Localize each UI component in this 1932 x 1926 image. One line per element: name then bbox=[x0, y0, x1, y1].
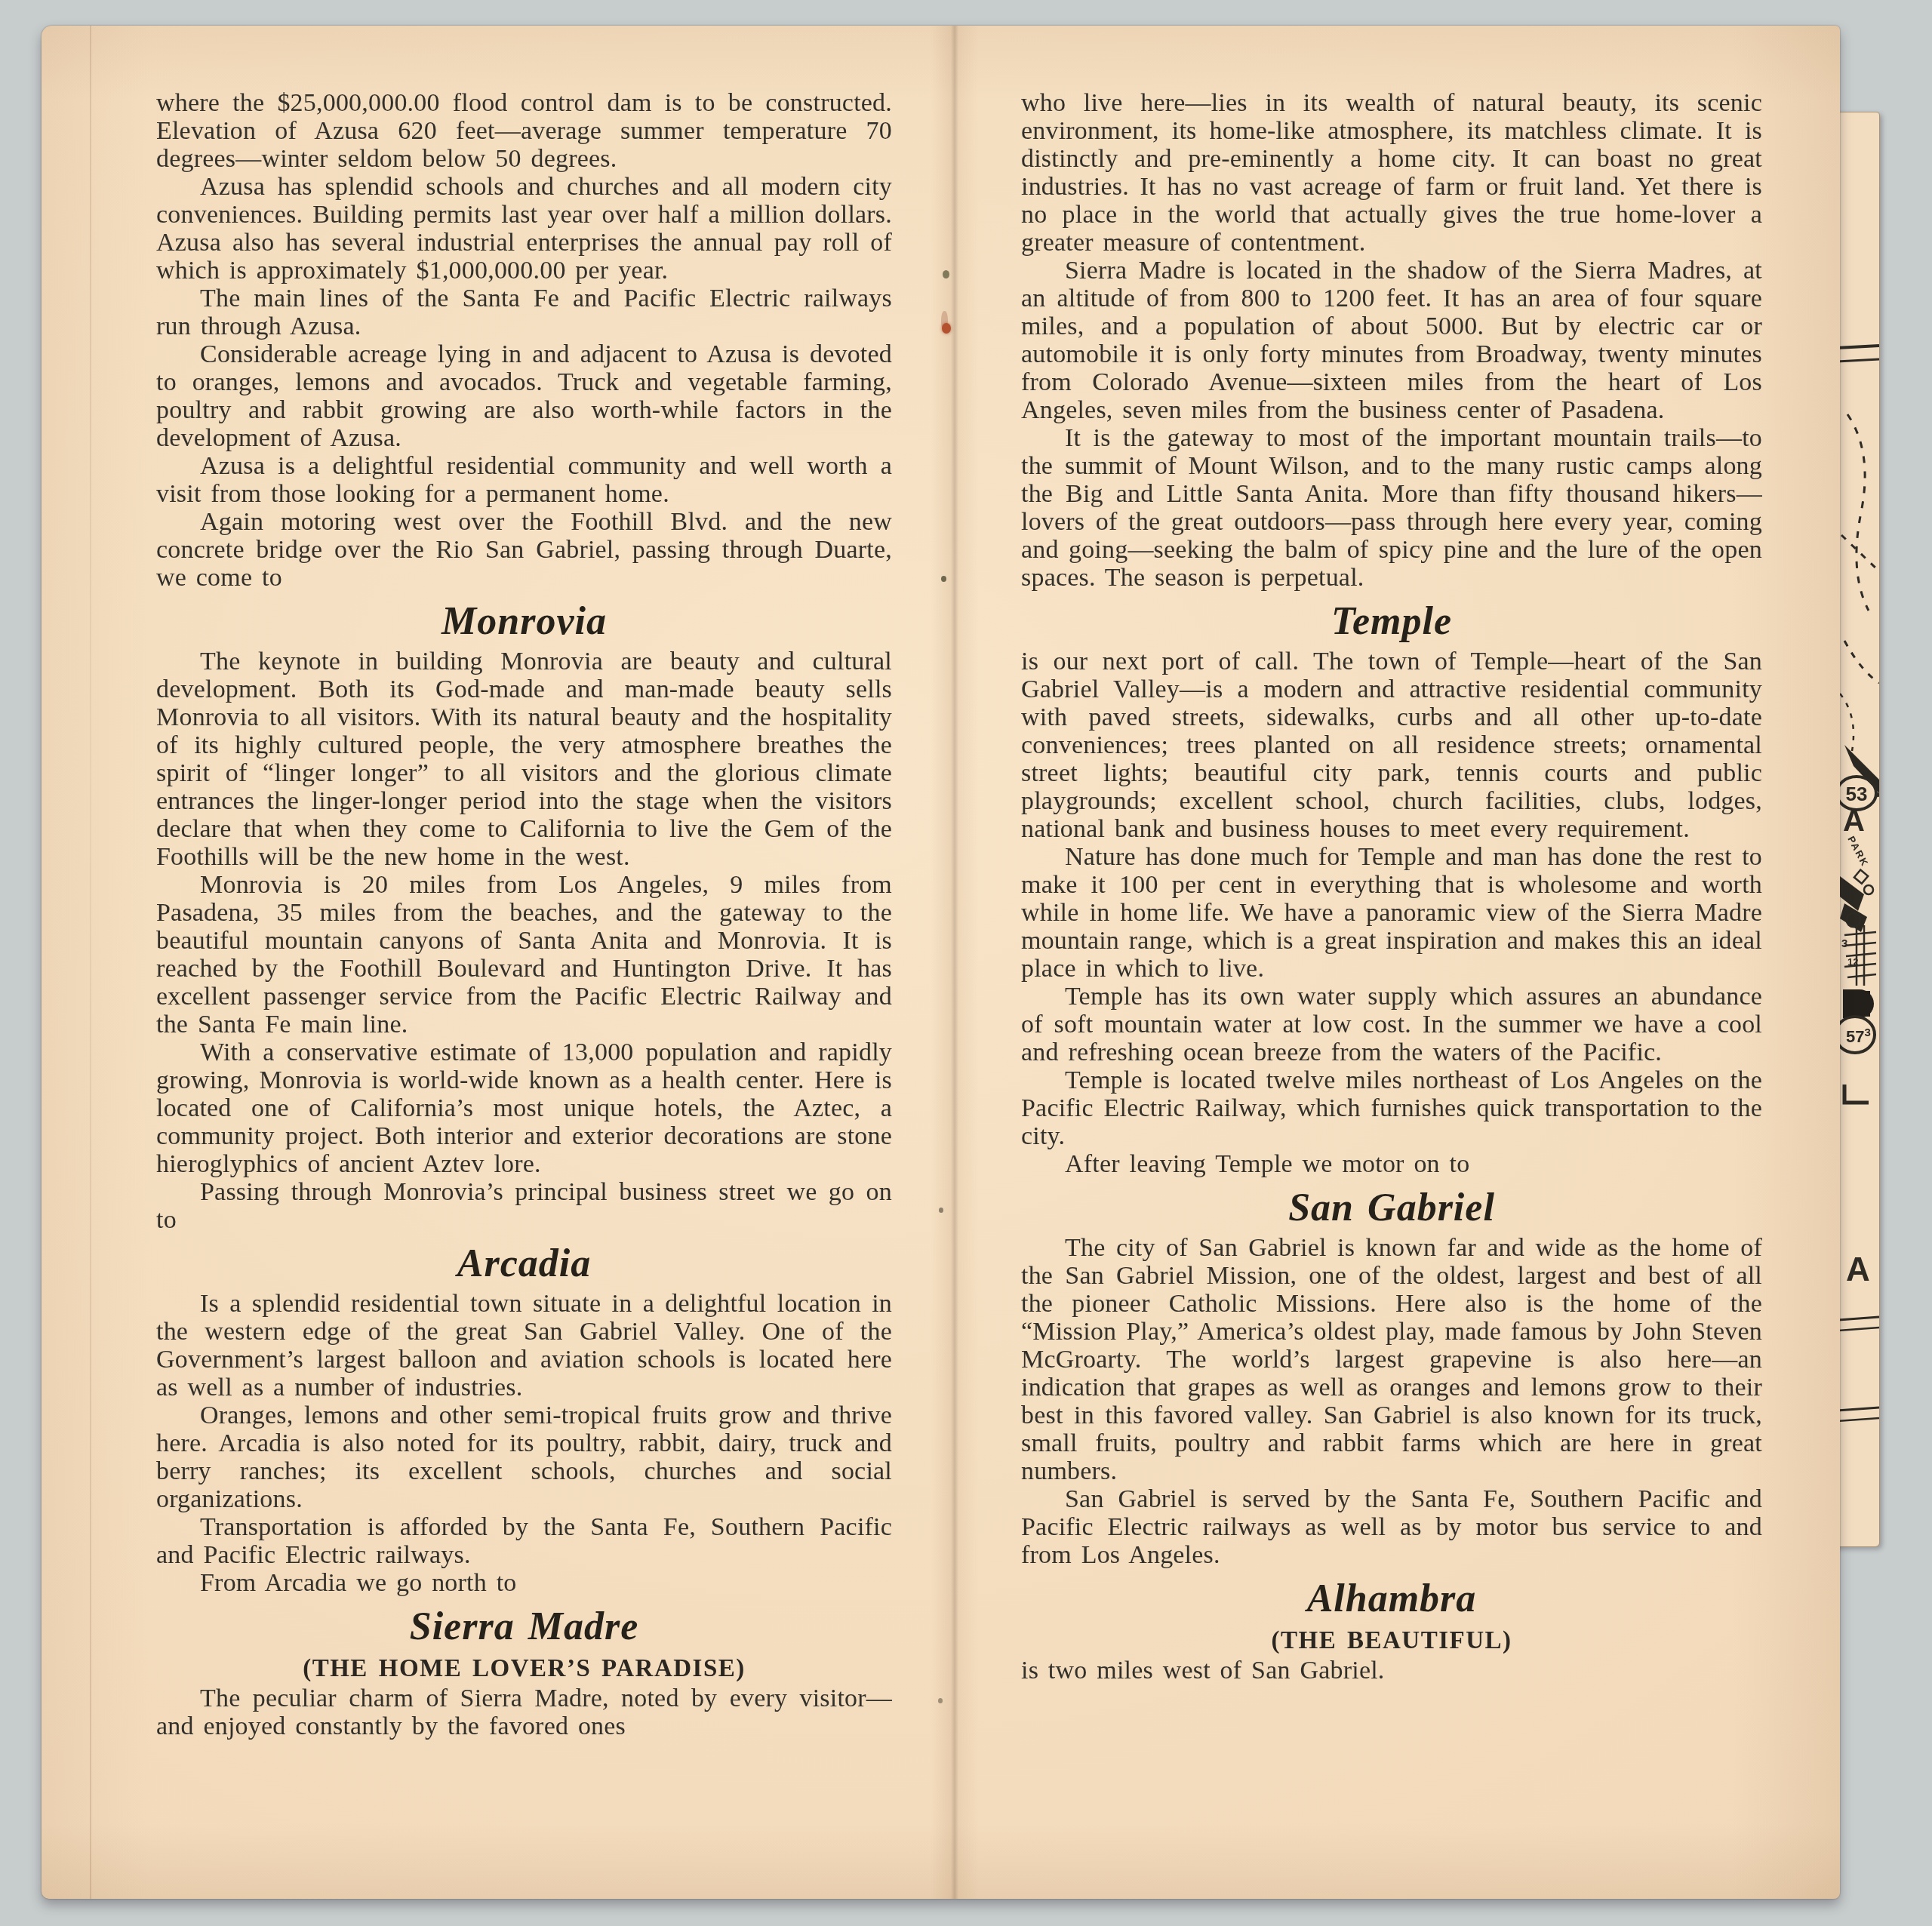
booklet-page: where the $25,000,000.00 flood control d… bbox=[42, 26, 1840, 1899]
paragraph-san-gabriel-mission: The city of San Gabriel is known far and… bbox=[1021, 1234, 1762, 1485]
section-heading-temple: Temple bbox=[1021, 601, 1762, 643]
paragraph-sierra-madre-location: Sierra Madre is located in the shadow of… bbox=[1021, 257, 1762, 424]
section-heading-sierra-madre: Sierra Madre bbox=[156, 1606, 892, 1648]
paragraph-arcadia-fruits: Oranges, lemons and other semi-tropical … bbox=[156, 1401, 892, 1513]
map-tiny-number: 12 bbox=[1847, 956, 1858, 968]
staple-mark bbox=[943, 270, 949, 278]
paragraph-temple-water: Temple has its own water supply which as… bbox=[1021, 983, 1762, 1066]
right-column: who live here—lies in its wealth of natu… bbox=[1021, 89, 1762, 1684]
map-small-circle-icon bbox=[1864, 885, 1873, 894]
red-ink-spot bbox=[942, 323, 951, 334]
map-marker-label: 573 bbox=[1846, 1026, 1871, 1046]
map-trail-icon bbox=[1841, 535, 1879, 571]
map-letter-a: A bbox=[1846, 1251, 1870, 1288]
paragraph-leaving-temple: After leaving Temple we motor on to bbox=[1021, 1150, 1762, 1178]
dust-speck bbox=[939, 1208, 943, 1213]
map-tiny-number: 3 bbox=[1841, 937, 1847, 950]
staple-mark bbox=[941, 576, 946, 582]
map-park-label: PARK bbox=[1845, 834, 1871, 869]
section-subtitle-sierra-madre: (THE HOME LOVER’S PARADISE) bbox=[156, 1653, 892, 1684]
map-blob-icon bbox=[1864, 991, 1870, 1001]
map-rule-icon bbox=[1837, 359, 1879, 362]
paragraph-san-gabriel-railways: San Gabriel is served by the Santa Fe, S… bbox=[1021, 1485, 1762, 1569]
map-bracket-icon bbox=[1844, 1085, 1869, 1103]
section-heading-monrovia: Monrovia bbox=[156, 601, 892, 643]
map-trail-icon bbox=[1847, 414, 1869, 611]
paragraph-azusa-acreage: Considerable acreage lying in and adjace… bbox=[156, 340, 892, 452]
center-gutter-crease bbox=[931, 26, 979, 1899]
paragraph-sierra-madre-charm: The peculiar charm of Sierra Madre, note… bbox=[156, 1684, 892, 1740]
map-blob-icon bbox=[1864, 1006, 1870, 1017]
dust-speck bbox=[938, 1698, 943, 1703]
paragraph-monrovia-keynote: The keynote in building Monrovia are bea… bbox=[156, 648, 892, 871]
paragraph-arcadia-town: Is a splendid residential town situate i… bbox=[156, 1290, 892, 1401]
paragraph-temple-port-of-call: is our next port of call. The town of Te… bbox=[1021, 648, 1762, 843]
paragraph-temple-nature: Nature has done much for Temple and man … bbox=[1021, 843, 1762, 983]
map-rule-icon bbox=[1837, 1408, 1879, 1411]
paragraph-monrovia-street: Passing through Monrovia’s principal bus… bbox=[156, 1178, 892, 1234]
paragraph-monrovia-distances: Monrovia is 20 miles from Los Angeles, 9… bbox=[156, 871, 892, 1038]
paragraph-sierra-madre-trails: It is the gateway to most of the importa… bbox=[1021, 424, 1762, 592]
paragraph-azusa-railways: The main lines of the Santa Fe and Pacif… bbox=[156, 285, 892, 340]
section-heading-san-gabriel: San Gabriel bbox=[1021, 1187, 1762, 1229]
cover-fold-line bbox=[90, 26, 91, 1899]
map-rule-icon bbox=[1837, 346, 1879, 348]
map-street-grid-icon bbox=[1844, 925, 1876, 986]
paragraph-temple-located: Temple is located twelve miles northeast… bbox=[1021, 1066, 1762, 1150]
section-heading-alhambra: Alhambra bbox=[1021, 1578, 1762, 1620]
scan-background: { "document": { "kind": "booklet-page-sc… bbox=[0, 0, 1932, 1926]
paragraph-azusa-residential: Azusa is a delightful residential commun… bbox=[156, 452, 892, 508]
paragraph-sierra-madre-wealth: who live here—lies in its wealth of natu… bbox=[1021, 89, 1762, 257]
paragraph-monrovia-population: With a conservative estimate of 13,000 p… bbox=[156, 1038, 892, 1178]
paragraph-motoring-west: Again motoring west over the Foothill Bl… bbox=[156, 508, 892, 592]
paragraph-alhambra-west: is two miles west of San Gabriel. bbox=[1021, 1657, 1762, 1684]
paragraph-azusa-schools: Azusa has splendid schools and churches … bbox=[156, 173, 892, 285]
map-trail-icon bbox=[1840, 694, 1854, 751]
map-marker-label: 53 bbox=[1846, 783, 1868, 805]
left-column: where the $25,000,000.00 flood control d… bbox=[156, 89, 892, 1740]
map-trail-icon bbox=[1844, 641, 1879, 683]
map-diamond-icon bbox=[1854, 870, 1868, 884]
map-rule-icon bbox=[1837, 1418, 1879, 1421]
section-heading-arcadia: Arcadia bbox=[156, 1243, 892, 1285]
paragraph-azusa-dam: where the $25,000,000.00 flood control d… bbox=[156, 89, 892, 173]
section-subtitle-alhambra: (THE BEAUTIFUL) bbox=[1021, 1625, 1762, 1657]
paragraph-arcadia-north: From Arcadia we go north to bbox=[156, 1569, 892, 1597]
map-letter-a: A bbox=[1843, 805, 1865, 838]
paragraph-arcadia-transport: Transportation is afforded by the Santa … bbox=[156, 1513, 892, 1569]
map-rule-icon bbox=[1838, 1328, 1879, 1331]
map-rule-icon bbox=[1838, 1317, 1879, 1320]
